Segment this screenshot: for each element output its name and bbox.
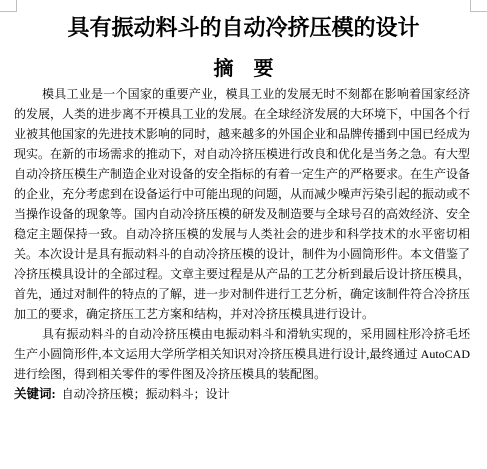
body-text-line: 现实。在新的市场需求的推动下，对自动冷挤压模进行改良和优化是当务之急。有大型 (14, 144, 470, 164)
keywords-line: 关键词:自动冷挤压模；振动料斗；设计 (14, 384, 470, 404)
body-text-line: 稳定主题保持一致。自动冷挤压模的发展与人类社会的进步和科学技术的水平密切相 (14, 224, 470, 244)
body-text-line: 当操作设备的现象等。国内自动冷挤压模的研发及制造要与全球号召的高效经济、安全 (14, 204, 470, 224)
document-page: 具有振动料斗的自动冷挤压模的设计 摘 要 模具工业是一个国家的重要产业，模具工业… (0, 0, 487, 469)
body-text-line: 的发展，人类的进步离不开模具工业的发展。在全球经济发展的大环境下，中国各个行 (14, 104, 470, 124)
body-text-line: 生产小圆筒形件,本文运用大学所学相关知识对冷挤压模具进行设计,最终通过 Auto… (14, 344, 470, 364)
abstract-body: 模具工业是一个国家的重要产业，模具工业的发展无时不刻都在影响着国家经济的发展，人… (14, 84, 470, 384)
body-text-line: 冷挤压模具设计的全部过程。文章主要过程是从产品的工艺分析到最后设计挤压模具， (14, 264, 470, 284)
keywords-text: 自动冷挤压模；振动料斗；设计 (62, 387, 230, 401)
keywords-label: 关键词: (14, 387, 56, 401)
text-boundary-mark-top-right (470, 0, 487, 12)
document-title: 具有振动料斗的自动冷挤压模的设计 (10, 12, 477, 44)
body-text-line: 的企业，充分考虑到在设备运行中可能出现的问题，从而减少噪声污染引起的振动或不 (14, 184, 470, 204)
body-text-line: 加工的要求，确定挤压工艺方案和结构，并对冷挤压模具进行设计。 (14, 304, 470, 324)
body-text-line: 关。本次设计是具有振动料斗的自动冷挤压模的设计，制件为小圆筒形件。本文借鉴了 (14, 244, 470, 264)
body-text-line: 业被其他国家的先进技术影响的同时，越来越多的外国企业和品牌传播到中国已经成为 (14, 124, 470, 144)
body-text-line: 自动冷挤压模生产制造企业对设备的安全指标的有着一定生产的严格要求。在生产设备 (14, 164, 470, 184)
abstract-heading: 摘 要 (10, 56, 477, 82)
body-text-line: 进行绘图，得到相关零件的零件图及冷挤压模具的装配图。 (14, 364, 470, 384)
body-text-line: 首先，通过对制件的特点的了解，进一步对制件进行工艺分析，确定该制件符合冷挤压 (14, 284, 470, 304)
body-text-line: 具有振动料斗的自动冷挤压模由电振动料斗和滑轨实现的，采用圆柱形冷挤毛坯 (14, 324, 470, 344)
text-boundary-mark-top-left (0, 0, 17, 12)
body-text-line: 模具工业是一个国家的重要产业，模具工业的发展无时不刻都在影响着国家经济 (14, 84, 470, 104)
